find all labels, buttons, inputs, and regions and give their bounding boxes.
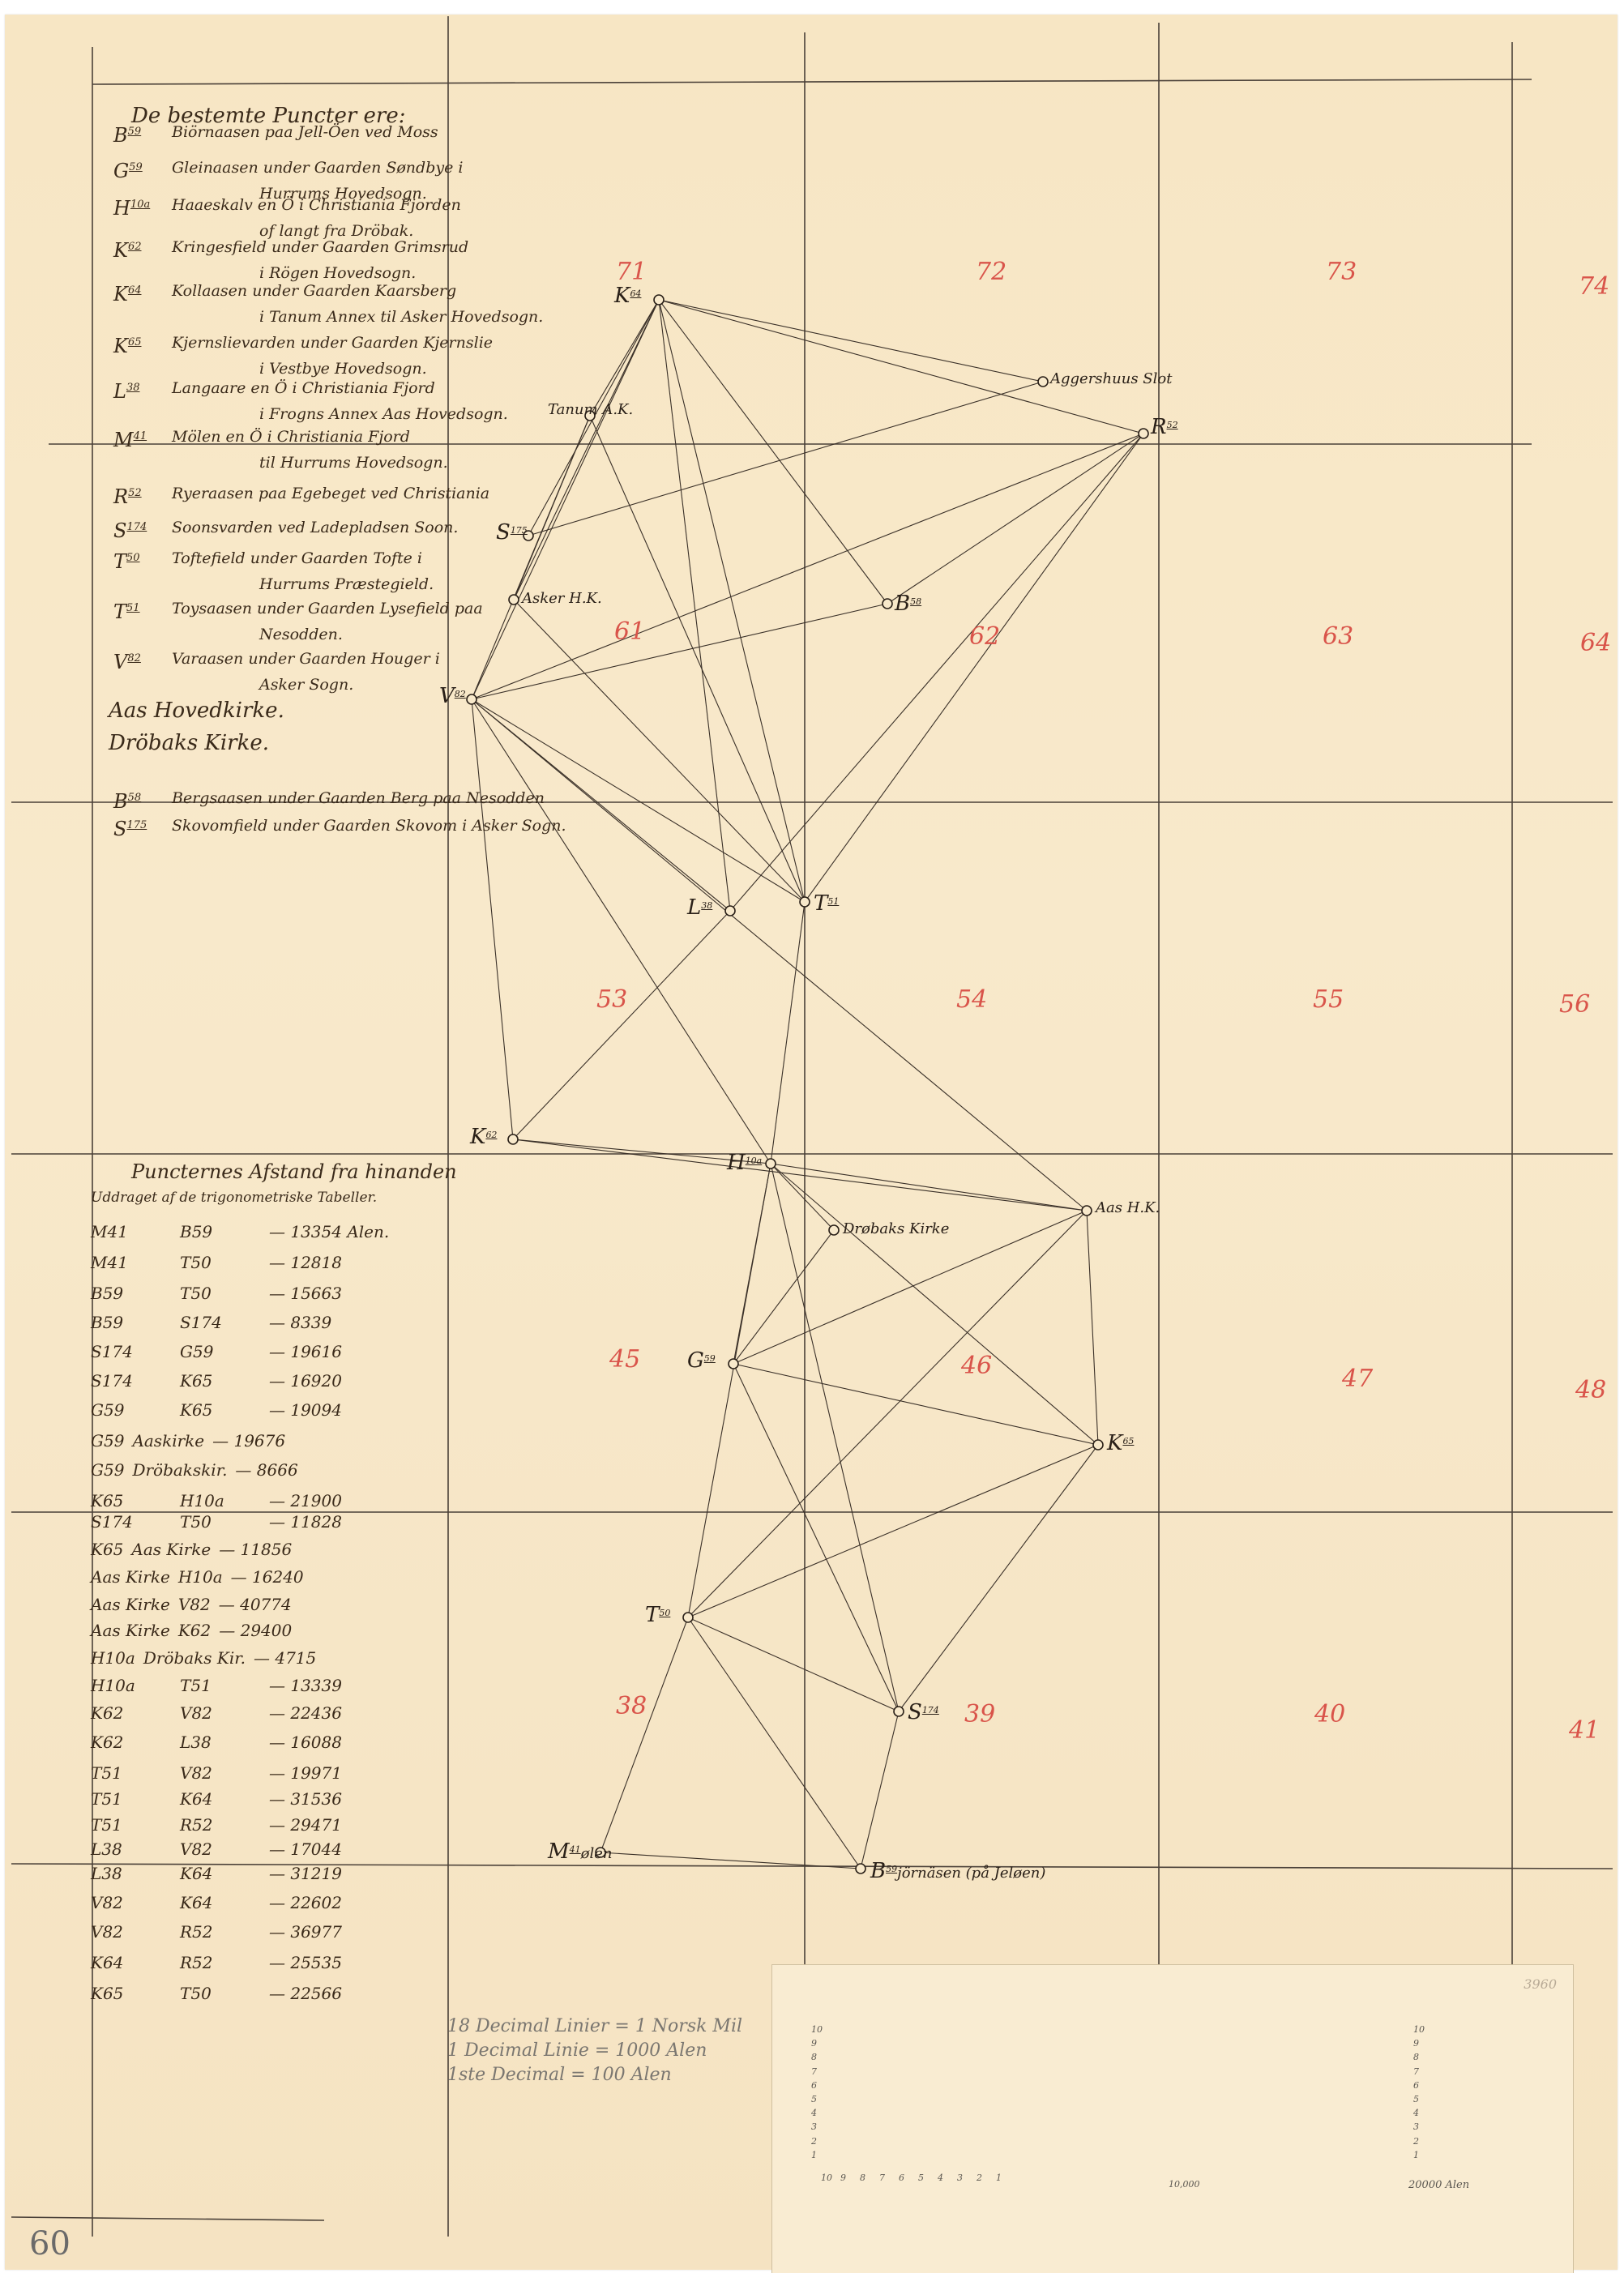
edge-AskerHK-T51 [514,600,805,902]
station-marker-T51[interactable] [800,897,810,907]
distance-row: T51R52— 29471 [91,1815,342,1835]
scale-tick-label: 3 [811,2121,817,2132]
scale-tick-label: 9 [840,2173,846,2183]
edge-TanumAK-AskerHK [514,416,590,600]
distance-row: Aas KirkeK62— 29400 [91,1621,292,1640]
distance-row: H10aT51— 13339 [91,1676,342,1695]
edge-Drobak-G59 [733,1230,834,1364]
station-label-K62: K62 [470,1125,497,1149]
grid-cell-number: 47 [1342,1365,1373,1393]
scale-note: 1ste Decimal = 100 Alen [447,2065,672,2085]
distance-value: — 4715 [254,1648,316,1668]
edge-T50-B59 [688,1617,861,1869]
scale-tick-label: 7 [879,2173,885,2183]
distance-value: — 21900 [269,1491,342,1510]
grid-cell-number: 71 [616,258,647,286]
station-label-L38: L38 [687,895,712,920]
station-label-R52: R52 [1151,415,1178,439]
scale-tick-label: 5 [811,2094,817,2104]
scale-tick-label: 3 [1413,2121,1419,2132]
distance-row: K65H10a— 21900 [91,1491,342,1510]
distance-row: M41T50— 12818 [91,1253,342,1272]
grid-cell-number: 64 [1580,629,1611,657]
station-marker-AskerHK[interactable] [509,595,519,605]
station-marker-V82[interactable] [467,694,477,704]
distance-row: V82R52— 36977 [91,1922,342,1942]
grid-cell-number: 41 [1569,1716,1600,1745]
edge-K64-AskerHK [514,300,659,600]
station-marker-B59[interactable] [856,1864,865,1874]
distance-row: K64R52— 25535 [91,1953,342,1972]
grid-cell-number: 56 [1559,990,1590,1019]
station-marker-L38[interactable] [725,906,735,916]
grid-cell-number: 45 [609,1345,640,1374]
distance-value: — 11856 [219,1540,292,1559]
distance-row: K62V82— 22436 [91,1703,342,1723]
station-label-S175: S175 [496,520,528,545]
legend-item: K64Kollaasen under Gaarden Kaarsbergi Ta… [113,280,543,327]
scale-note: 18 Decimal Linier = 1 Norsk Mil [447,2016,742,2036]
distance-row: T51K64— 31536 [91,1789,342,1809]
distance-row: H10aDröbaks Kir.— 4715 [91,1648,316,1668]
distance-value: — 13354 [269,1222,342,1241]
legend-item: S175Skovomfield under Gaarden Skovom i A… [113,815,566,841]
distance-row: V82K64— 22602 [91,1893,342,1912]
distance-value: — 36977 [269,1922,342,1942]
edge-K62-AasHK [513,1139,1087,1211]
edge-K64-Aggershuus [659,300,1043,382]
grid-cell-number: 73 [1326,258,1357,286]
edge-V82-H10a [472,699,771,1164]
legend-item: T50Toftefield under Gaarden Tofte iHurru… [113,548,434,595]
edge-K64-T51 [659,300,805,902]
edge-V82-R52 [472,434,1143,699]
scale-tick-label: 5 [1413,2094,1419,2104]
distance-value: — 15663 [269,1284,342,1303]
station-marker-T50[interactable] [683,1613,693,1622]
grid-cell-number: 74 [1579,272,1609,301]
edge-T50-Molen [600,1617,688,1852]
legend-item: K65Kjernslievarden under Gaarden Kjernsl… [113,332,493,379]
distance-value: — 40774 [219,1595,292,1614]
edge-K65-T50 [688,1445,1098,1617]
scale-tick-label: 1 [996,2173,1002,2183]
legend-item: Aas Hovedkirke. [109,700,284,721]
edge-AasHK-K65 [1087,1211,1098,1445]
scale-tick-label: 8 [811,2052,817,2062]
distance-value: — 22436 [269,1703,342,1723]
sheet-number: 60 [29,2225,71,2262]
distance-value: — 8339 [269,1313,331,1332]
edge-T50-S174 [688,1617,899,1711]
scale-tick-label: 4 [938,2173,943,2183]
station-label-H10a: H10a [727,1151,762,1175]
grid-cell-number: 62 [969,622,1000,651]
scale-tick-label: 6 [811,2080,817,2091]
scale-tick-label: 5 [918,2173,924,2183]
edge-G59-S174 [733,1364,899,1711]
distance-row: T51V82— 19971 [91,1763,342,1783]
station-label-S174: S174 [908,1700,939,1724]
station-label-K64: K64 [614,284,641,308]
catalog-mark: 3960 [1524,1976,1557,1992]
station-marker-H10a[interactable] [766,1159,776,1169]
edge-K65-S174 [899,1445,1098,1711]
edge-K64-B58 [659,300,887,604]
distance-row: S174G59— 19616 [91,1342,342,1361]
scale-tick-label: 7 [1413,2066,1419,2077]
grid-cell-number: 54 [956,985,987,1014]
legend-item: L38Langaare en Ö i Christiania Fjordi Fr… [113,378,508,425]
scale-tick-label: 3 [957,2173,963,2183]
distance-value: — 22566 [269,1984,342,2003]
distance-row: K65T50— 22566 [91,1984,342,2003]
distance-row: G59K65— 19094 [91,1400,342,1420]
station-label-Drobak: Drøbaks Kirke [843,1220,949,1237]
edge-H10a-T50 [688,1164,771,1617]
legend-item: S174Soonsvarden ved Ladepladsen Soon. [113,517,458,543]
scale-tick-label: 4 [1413,2108,1419,2118]
edge-R52-T51 [805,434,1143,902]
station-marker-R52[interactable] [1139,429,1148,438]
scale-tick-label: 10 [1413,2024,1425,2035]
edge-V82-K62 [472,699,513,1139]
grid-cell-number: 40 [1314,1700,1345,1728]
scale-note: 1 Decimal Linie = 1000 Alen [447,2040,707,2061]
station-marker-G59[interactable] [729,1359,738,1369]
station-marker-Aggershuus[interactable] [1038,377,1048,387]
scale-tick-label: 8 [1413,2052,1419,2062]
station-label-AskerHK: Asker H.K. [522,590,602,607]
scale-tick-label: 4 [811,2108,817,2118]
legend-item: T51Toysaasen under Gaarden Lysefield paa… [113,598,483,645]
triangulation-edges [472,300,1143,1869]
edge-L38-K62 [513,911,730,1139]
scale-tick-label: 2 [977,2173,982,2183]
station-marker-K64[interactable] [654,295,664,305]
edge-TanumAK-T51 [590,416,805,902]
grid-cell-number: 39 [964,1700,995,1728]
scale-tick-label: 7 [811,2066,817,2077]
scale-tick-label: 2 [811,2136,817,2147]
legend-item: B59Biörnaasen paa Jell-Öen ved Moss [113,122,438,147]
station-label-Aggershuus: Aggershuus Slot [1050,370,1172,387]
grid-cell-number: 53 [596,985,627,1014]
legend-item: R52Ryeraasen paa Egebeget ved Christiani… [113,483,489,509]
scale-tick-label: 2 [1413,2136,1419,2147]
station-label-T50: T50 [645,1603,670,1627]
distance-value: — 19094 [269,1400,342,1420]
legend-item: K62Kringesfield under Gaarden Grimsrudi … [113,237,468,284]
grid-cell-number: 61 [614,617,645,646]
edge-K64-TanumAK [590,300,659,416]
station-label-K65: K65 [1107,1431,1134,1455]
distance-row: K65Aas Kirke— 11856 [91,1540,292,1559]
distance-value: — 13339 [269,1676,342,1695]
station-marker-K65[interactable] [1093,1440,1103,1450]
distance-row: G59Aaskirke— 19676 [91,1431,285,1451]
distance-value: — 31536 [269,1789,342,1809]
station-label-V82: V82 [439,684,466,708]
scale-panel: 3960 [771,1964,1574,2273]
scale-tick-label: 10 [811,2024,823,2035]
grid-cell-number: 38 [616,1692,647,1720]
edge-H10a-S174 [771,1164,899,1711]
distance-row: L38V82— 17044 [91,1839,342,1859]
legend-item: H10aHaaeskalv en Ö i Christiania Fjorden… [113,194,461,241]
distance-value: — 19676 [212,1431,285,1451]
distance-value: — 19616 [269,1342,342,1361]
distance-row: L38K64— 31219 [91,1864,342,1883]
legend-item: M41Mölen en Ö i Christiania Fjordtil Hur… [113,426,448,473]
distance-value: — 17044 [269,1839,342,1859]
scale-end-label: 20000 Alen [1408,2179,1469,2191]
distance-value: — 12818 [269,1253,342,1272]
station-label-TanumAK: Tanum A.K. [548,401,633,418]
edge-R52-L38 [730,434,1143,911]
distance-value: — 16088 [269,1733,342,1752]
distance-row: S174T50— 11828 [91,1512,342,1532]
distance-value: — 25535 [269,1953,342,1972]
edge-AasHK-T50 [688,1211,1087,1617]
distance-value: — 29400 [219,1621,292,1640]
scale-tick-label: 8 [860,2173,865,2183]
legend-item: B58Bergsaasen under Gaarden Berg paa Nes… [113,788,545,814]
grid-cell-number: 48 [1575,1376,1606,1404]
station-marker-AasHK[interactable] [1082,1206,1092,1216]
station-label-B58: B58 [895,592,921,616]
station-marker-K62[interactable] [508,1134,518,1144]
distance-row: B59T50— 15663 [91,1284,342,1303]
distance-row: Aas KirkeV82— 40774 [91,1595,292,1614]
scale-tick-label: 6 [899,2173,904,2183]
scale-tick-label: 9 [1413,2038,1419,2049]
edge-K64-R52 [659,300,1143,434]
edge-V82-AasHK [472,699,1087,1211]
distance-value: — 8666 [235,1460,297,1480]
station-marker-Drobak[interactable] [829,1225,839,1235]
station-label-Molen: M41ølen [548,1839,612,1864]
scale-tick-label: 10 [821,2173,832,2183]
edge-T51-H10a [771,902,805,1164]
distance-row: M41B59— 13354 Alen. [91,1222,389,1241]
scale-tick-label: 10,000 [1169,2179,1200,2190]
distance-value: — 16920 [269,1371,342,1391]
distance-row: K62L38— 16088 [91,1733,342,1752]
legend-item: V82Varaasen under Gaarden Houger iAsker … [113,648,440,695]
station-label-G59: G59 [687,1348,716,1373]
station-label-T51: T51 [814,891,839,916]
distance-row: B59S174— 8339 [91,1313,331,1332]
triangulation-stations [467,295,1148,1874]
edge-H10a-Drobak [771,1164,834,1230]
station-marker-B58[interactable] [883,599,892,609]
distance-value: — 29471 [269,1815,342,1835]
scale-tick-label: 1 [811,2150,817,2160]
grid-cell-number: 46 [961,1352,992,1380]
station-label-AasHK: Aas H.K. [1096,1199,1160,1216]
edge-S174-B59 [861,1711,899,1869]
distances-subtitle: Uddraget af de trigonometriske Tabeller. [91,1190,377,1206]
distance-row: G59Dröbakskir.— 8666 [91,1460,298,1480]
scale-tick-label: 1 [1413,2150,1419,2160]
distance-value: — 16240 [231,1567,304,1587]
grid-cell-number: 72 [976,258,1006,286]
distance-value: — 31219 [269,1864,342,1883]
distances-title: Puncternes Afstand fra hinanden [131,1160,457,1183]
grid-cell-number: 55 [1313,985,1344,1014]
scale-tick-label: 6 [1413,2080,1419,2091]
distance-row: Aas KirkeH10a— 16240 [91,1567,304,1587]
distance-value: — 22602 [269,1893,342,1912]
scale-tick-label: 9 [811,2038,817,2049]
station-marker-S174[interactable] [894,1707,904,1716]
station-label-B59: B59jörnäsen (på Jeløen) [870,1859,1045,1883]
legend-item: Dröbaks Kirke. [109,733,269,754]
edge-B58-R52 [887,434,1143,604]
grid-cell-number: 63 [1323,622,1353,651]
distance-row: S174K65— 16920 [91,1371,342,1391]
distance-value: — 19971 [269,1763,342,1783]
edge-G59-K65 [733,1364,1098,1445]
distance-value: — 11828 [269,1512,342,1532]
